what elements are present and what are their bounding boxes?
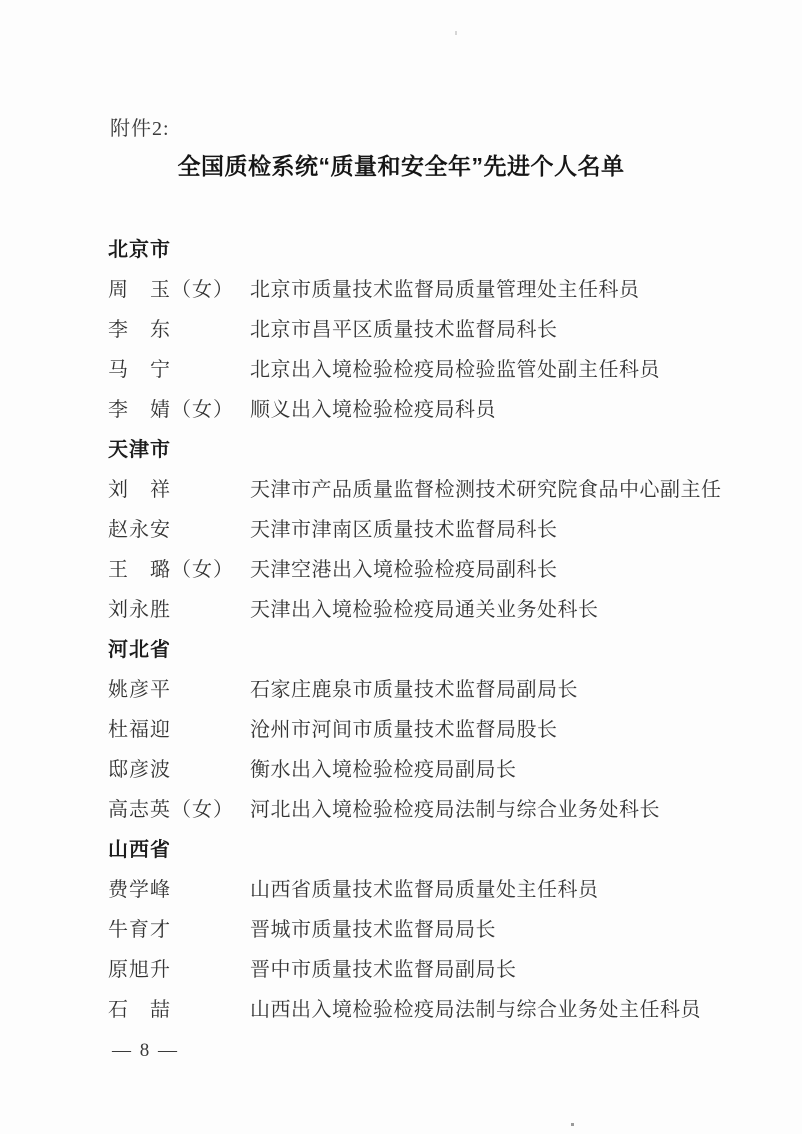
- person-position: 北京市质量技术监督局质量管理处主任科员: [250, 273, 640, 302]
- person-row: 高志英（女） 河北出入境检验检疫局法制与综合业务处科长: [108, 787, 748, 827]
- person-name: 牛育才: [108, 913, 250, 942]
- person-position: 北京市昌平区质量技术监督局科长: [250, 313, 558, 342]
- person-position: 天津空港出入境检验检疫局副科长: [250, 553, 558, 582]
- person-name: 李 婧（女）: [108, 393, 250, 422]
- person-position: 衡水出入境检验检疫局副局长: [250, 753, 517, 782]
- person-row: 刘永胜 天津出入境检验检疫局通关业务处科长: [108, 587, 748, 627]
- section-header-shanxi: 山西省: [108, 827, 748, 867]
- person-name: 马 宁: [108, 353, 250, 382]
- attachment-label: 附件2:: [110, 112, 170, 141]
- document-title: 全国质检系统“质量和安全年”先进个人名单: [0, 148, 802, 181]
- section-header-beijing: 北京市: [108, 227, 748, 267]
- person-row: 马 宁 北京出入境检验检疫局检验监管处副主任科员: [108, 347, 748, 387]
- person-name: 原旭升: [108, 953, 250, 982]
- person-row: 石 喆 山西出入境检验检疫局法制与综合业务处主任科员: [108, 987, 748, 1027]
- person-row: 李 东 北京市昌平区质量技术监督局科长: [108, 307, 748, 347]
- section-header-hebei: 河北省: [108, 627, 748, 667]
- person-name: 杜福迎: [108, 713, 250, 742]
- person-position: 北京出入境检验检疫局检验监管处副主任科员: [250, 353, 660, 382]
- person-name: 赵永安: [108, 513, 250, 542]
- person-row: 赵永安 天津市津南区质量技术监督局科长: [108, 507, 748, 547]
- person-position: 顺义出入境检验检疫局科员: [250, 393, 496, 422]
- person-position: 河北出入境检验检疫局法制与综合业务处科长: [250, 793, 660, 822]
- person-position: 山西出入境检验检疫局法制与综合业务处主任科员: [250, 993, 701, 1022]
- person-position: 天津市津南区质量技术监督局科长: [250, 513, 558, 542]
- person-position: 天津出入境检验检疫局通关业务处科长: [250, 593, 599, 622]
- award-list: 北京市 周 玉（女） 北京市质量技术监督局质量管理处主任科员 李 东 北京市昌平…: [108, 227, 748, 1027]
- person-name: 刘 祥: [108, 473, 250, 502]
- person-position: 晋中市质量技术监督局副局长: [250, 953, 517, 982]
- person-name: 费学峰: [108, 873, 250, 902]
- person-position: 沧州市河间市质量技术监督局股长: [250, 713, 558, 742]
- person-name: 高志英（女）: [108, 793, 250, 822]
- person-name: 石 喆: [108, 993, 250, 1022]
- person-name: 邸彦波: [108, 753, 250, 782]
- person-row: 邸彦波 衡水出入境检验检疫局副局长: [108, 747, 748, 787]
- person-position: 天津市产品质量监督检测技术研究院食品中心副主任: [250, 473, 722, 502]
- person-position: 晋城市质量技术监督局局长: [250, 913, 496, 942]
- person-row: 杜福迎 沧州市河间市质量技术监督局股长: [108, 707, 748, 747]
- person-row: 姚彦平 石家庄鹿泉市质量技术监督局副局长: [108, 667, 748, 707]
- page-number: — 8 —: [112, 1040, 179, 1062]
- person-row: 刘 祥 天津市产品质量监督检测技术研究院食品中心副主任: [108, 467, 748, 507]
- person-row: 王 璐（女） 天津空港出入境检验检疫局副科长: [108, 547, 748, 587]
- person-name: 李 东: [108, 313, 250, 342]
- person-name: 周 玉（女）: [108, 273, 250, 302]
- person-row: 周 玉（女） 北京市质量技术监督局质量管理处主任科员: [108, 267, 748, 307]
- person-row: 牛育才 晋城市质量技术监督局局长: [108, 907, 748, 947]
- person-name: 姚彦平: [108, 673, 250, 702]
- scanned-document-page: 附件2: 全国质检系统“质量和安全年”先进个人名单 北京市 周 玉（女） 北京市…: [0, 0, 802, 1134]
- scan-artifact-speck: [571, 1123, 574, 1126]
- person-name: 王 璐（女）: [108, 553, 250, 582]
- scan-artifact-speck: [455, 31, 457, 35]
- person-name: 刘永胜: [108, 593, 250, 622]
- person-position: 石家庄鹿泉市质量技术监督局副局长: [250, 673, 578, 702]
- person-row: 费学峰 山西省质量技术监督局质量处主任科员: [108, 867, 748, 907]
- person-position: 山西省质量技术监督局质量处主任科员: [250, 873, 599, 902]
- person-row: 李 婧（女） 顺义出入境检验检疫局科员: [108, 387, 748, 427]
- person-row: 原旭升 晋中市质量技术监督局副局长: [108, 947, 748, 987]
- section-header-tianjin: 天津市: [108, 427, 748, 467]
